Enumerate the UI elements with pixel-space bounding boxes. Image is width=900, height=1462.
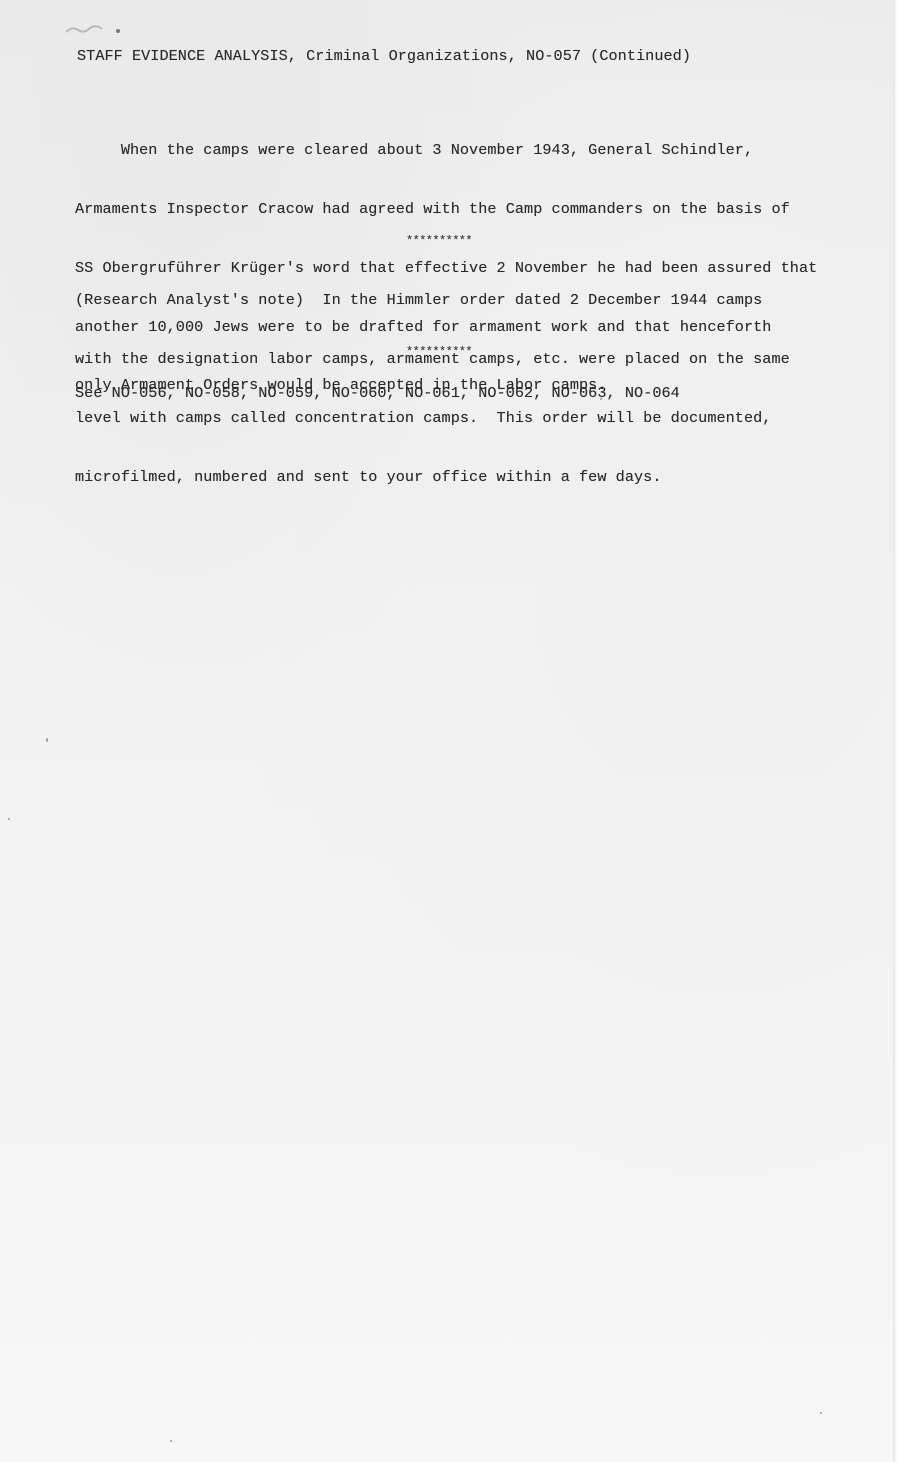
- document-header: STAFF EVIDENCE ANALYSIS, Criminal Organi…: [77, 47, 691, 65]
- paper-speck: [820, 1412, 822, 1414]
- paper-speck: [8, 818, 10, 820]
- separator-asterisks: **********: [406, 345, 472, 359]
- document-page: STAFF EVIDENCE ANALYSIS, Criminal Organi…: [0, 0, 900, 1462]
- paper-speck: [170, 1440, 172, 1442]
- text-line: When the camps were cleared about 3 Nove…: [75, 141, 817, 161]
- paper-edge: [893, 0, 900, 1462]
- separator-asterisks: **********: [406, 234, 472, 248]
- paper-speck: [46, 738, 48, 742]
- text-line: level with camps called concentration ca…: [75, 409, 790, 429]
- paper-speck: [600, 398, 602, 400]
- text-line: (Research Analyst's note) In the Himmler…: [75, 291, 790, 311]
- text-line: Armaments Inspector Cracow had agreed wi…: [75, 200, 817, 220]
- see-also-references: See NO-056, NO-058, NO-059, NO-060, NO-0…: [75, 384, 680, 402]
- handwritten-mark-icon: [62, 18, 122, 38]
- text-line: microfilmed, numbered and sent to your o…: [75, 468, 790, 488]
